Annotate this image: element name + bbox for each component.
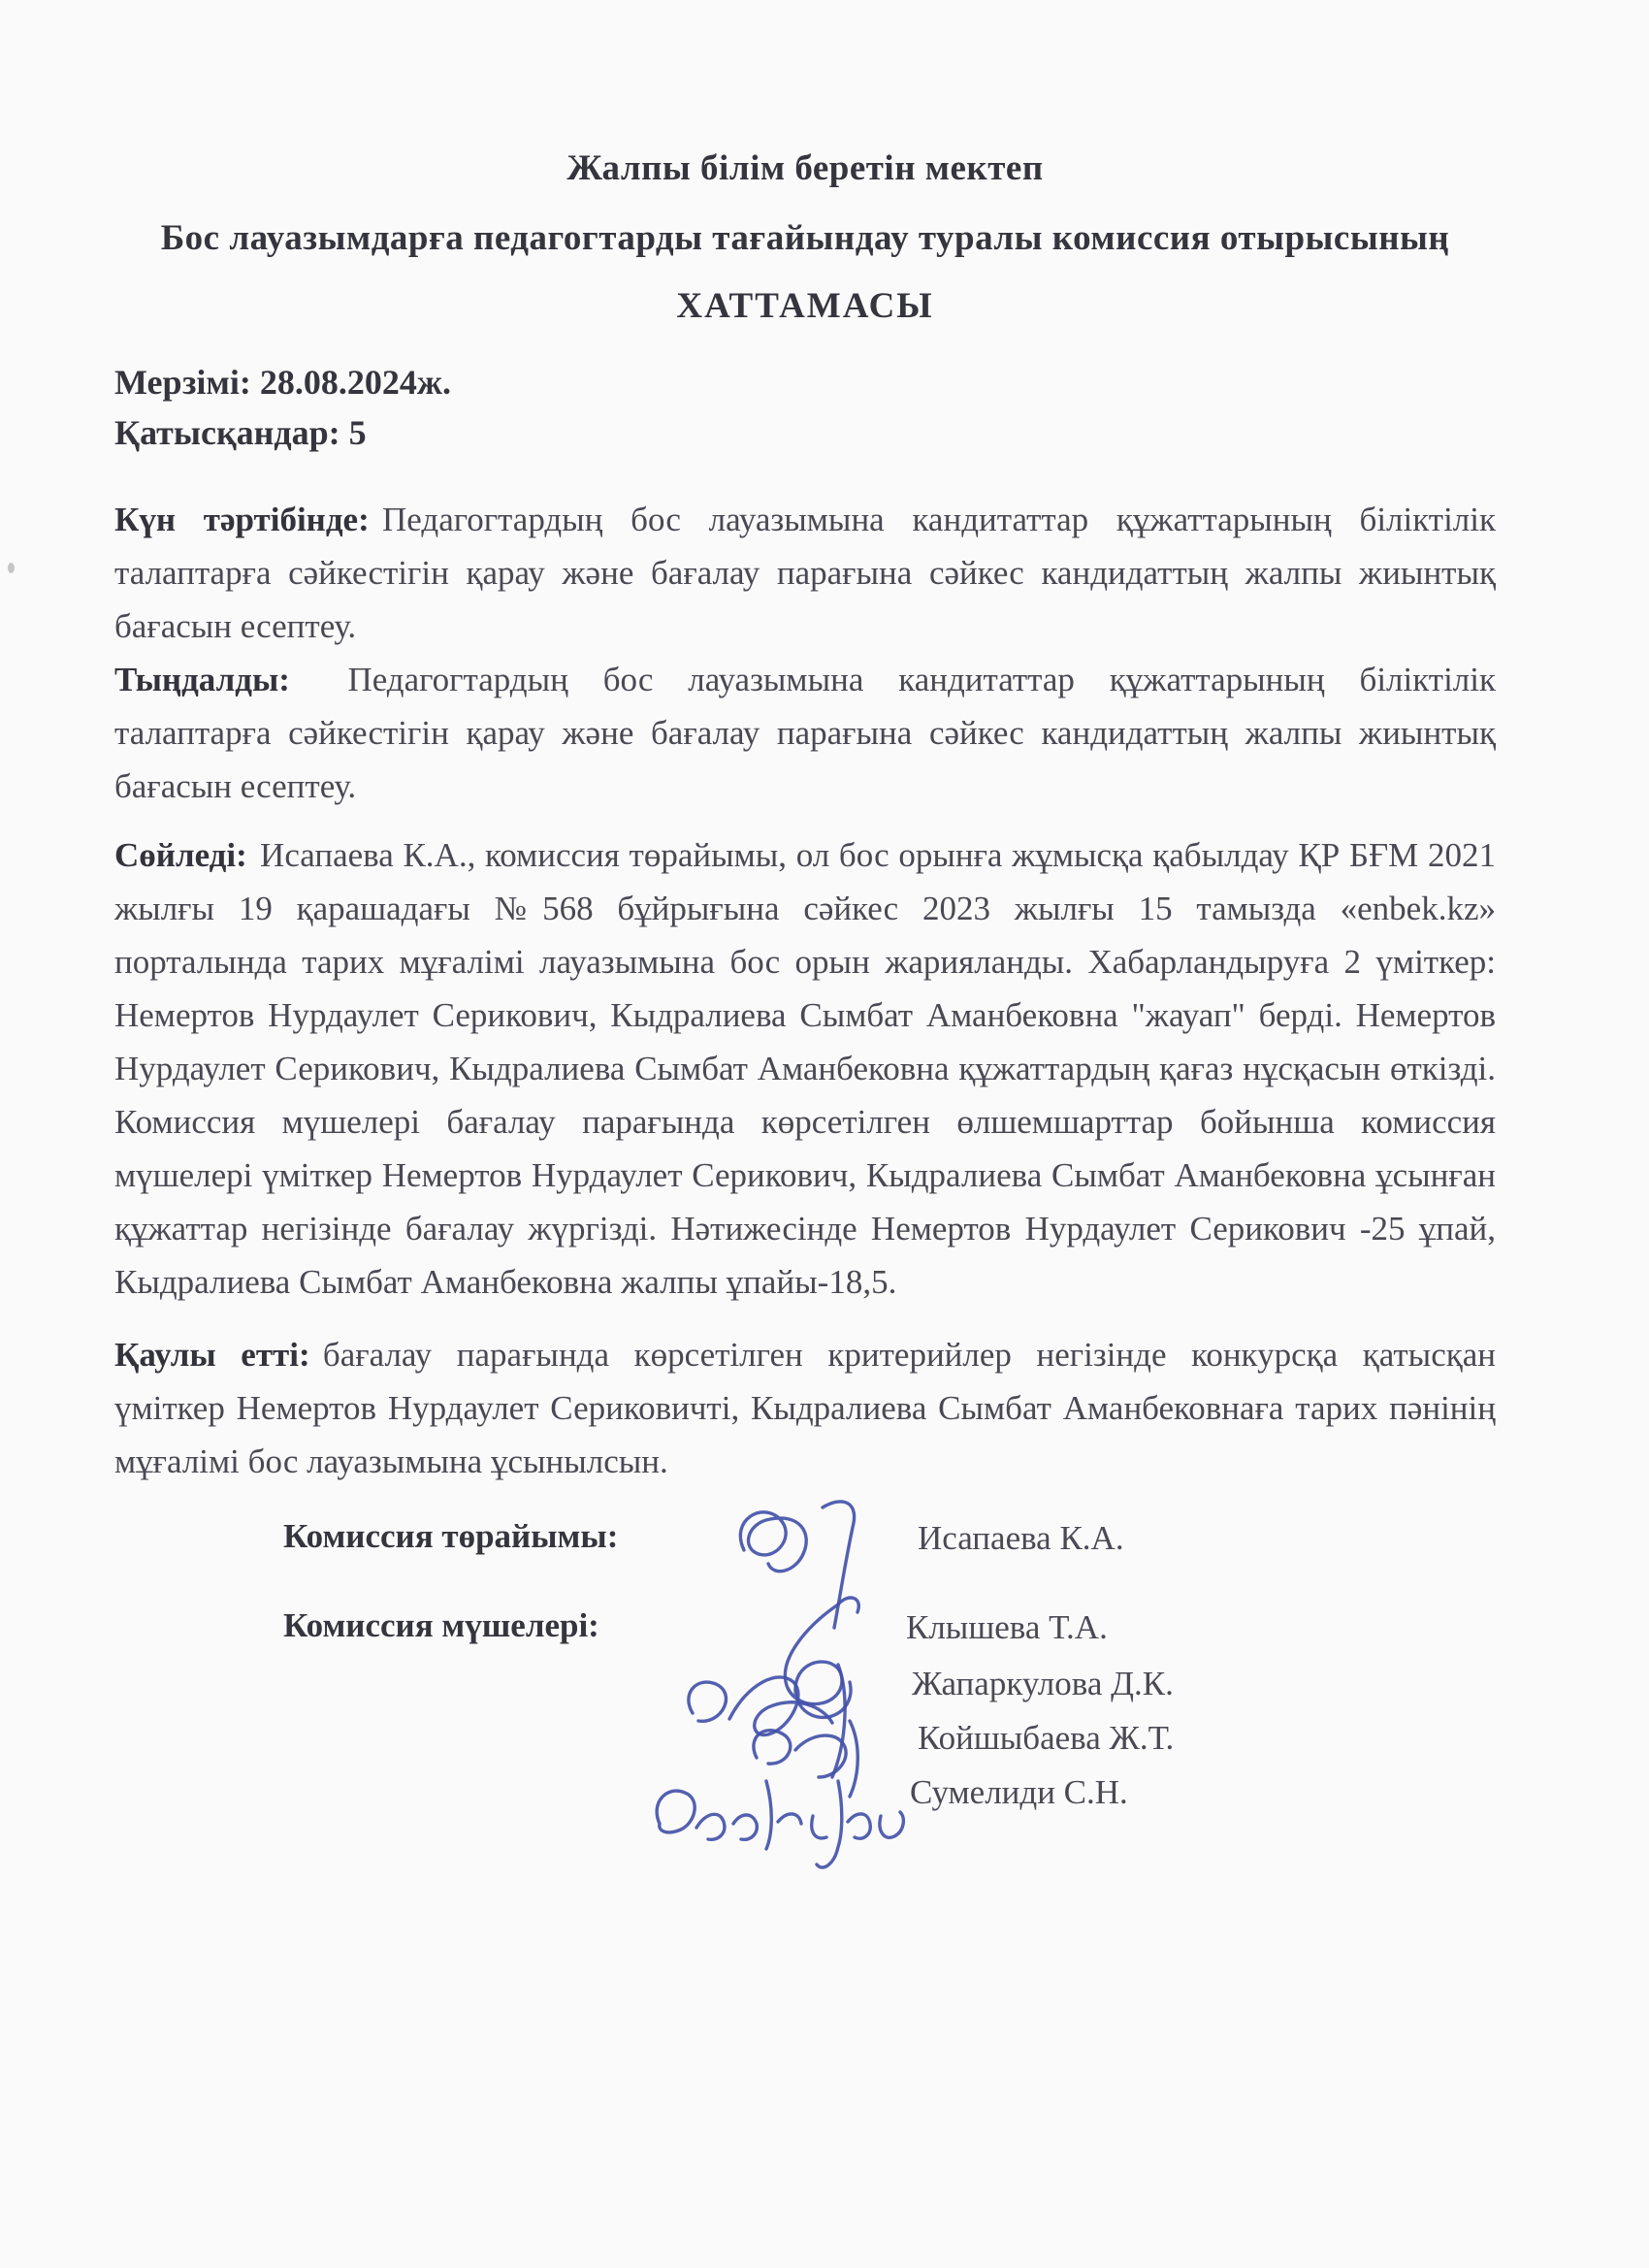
signature-member-2: [689, 1665, 845, 1777]
signature-member-3: [754, 1721, 857, 1797]
members-label: Комиссия мүшелері:: [283, 1606, 599, 1645]
paragraph-agenda: Күн тәртібінде:Педагогтардың бос лауазым…: [114, 493, 1496, 653]
doc-title-school: Жалпы білім беретін мектеп: [114, 146, 1496, 192]
paragraph-spoke: Сөйледі:Исапаева К.А., комиссия төрайымы…: [114, 828, 1496, 1309]
signature-chair-flourish: [823, 1502, 855, 1628]
signature-member-4: [657, 1781, 903, 1867]
paragraph-agenda-lead: Күн тәртібінде:: [114, 501, 370, 538]
signature-member-1: [785, 1598, 858, 1717]
paragraph-heard-lead: Тыңдалды:: [114, 661, 290, 698]
signature-block: Комиссия төрайымы: Исапаева К.А. Комисси…: [114, 1517, 1496, 1954]
paragraph-heard-text: Педагогтардың бос лауазымына кандитаттар…: [114, 661, 1496, 805]
signature-chair: [740, 1512, 806, 1571]
paragraph-spoke-lead: Сөйледі:: [114, 836, 247, 874]
chair-label: Комиссия төрайымы:: [283, 1517, 618, 1556]
member-name: Клышева Т.А.: [906, 1608, 1108, 1647]
paragraph-spoke-text: Исапаева К.А., комиссия төрайымы, ол бос…: [114, 836, 1496, 1301]
attendees-line: Қатысқандар: 5: [114, 407, 1496, 458]
document-content: Жалпы білім беретін мектеп Бос лауазымда…: [0, 0, 1649, 1954]
doc-title-protocol: ХАТТАМАСЫ: [114, 283, 1496, 330]
paragraph-decided-text: бағалау парағында көрсетілген критерийле…: [114, 1336, 1496, 1480]
doc-title-subject: Бос лауазымдарға педагогтарды тағайындау…: [114, 215, 1496, 262]
paragraph-decided: Қаулы етті:бағалау парағында көрсетілген…: [114, 1328, 1496, 1488]
chair-name: Исапаева К.А.: [918, 1519, 1124, 1558]
member-name: Сумелиди С.Н.: [910, 1773, 1128, 1812]
date-line: Мерзімі: 28.08.2024ж.: [114, 357, 1496, 407]
paragraph-heard: Тыңдалды:Педагогтардың бос лауазымына ка…: [114, 653, 1496, 813]
member-name: Койшыбаева Ж.Т.: [918, 1719, 1174, 1758]
meta-block: Мерзімі: 28.08.2024ж. Қатысқандар: 5: [114, 357, 1496, 458]
paragraph-decided-lead: Қаулы етті:: [114, 1336, 310, 1374]
member-name: Жапаркулова Д.К.: [912, 1665, 1174, 1703]
document-page: Жалпы білім беретін мектеп Бос лауазымда…: [0, 0, 1649, 2268]
